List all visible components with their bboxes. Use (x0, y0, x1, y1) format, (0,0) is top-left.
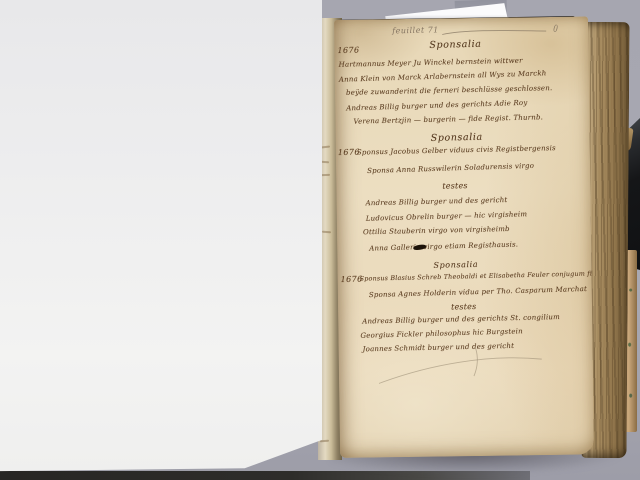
register-line: Anna Klein von Marck Arlabernstein all W… (339, 70, 547, 84)
witness-line: Ottilia Stauberin virgo von virgisheimb (363, 226, 510, 236)
witness-line: Ludovicus Obrelin burger — hic virgishei… (366, 211, 528, 223)
witnesses-label: testes (451, 303, 476, 312)
register-line: beÿde zuwanderint die ferneri beschlüsse… (346, 85, 552, 97)
witness-line: Anna Gallerin virgo etiam Registhausis. (369, 241, 518, 252)
pencil-curve (373, 339, 549, 396)
folio-note: feuillet 71 (392, 26, 439, 35)
entry-year: 1676 (337, 47, 359, 55)
pencil-flourish-line (438, 23, 563, 43)
entry-heading: Sponsalia (433, 261, 478, 270)
left-blank-page (0, 0, 322, 473)
register-line: Hartmannus Meyer Ju Winckel bernstein wi… (339, 58, 523, 69)
entry-heading: Sponsalia (431, 133, 483, 144)
witness-line: Georgius Fickler philosophus hic Burgste… (360, 328, 523, 340)
register-line: Andreas Billig burger und des gerichts A… (346, 100, 527, 113)
register-line: Sponsus Jacobus Gelber viduus civis Regi… (357, 145, 556, 157)
register-line: Sponsa Agnes Holderin vidua per Tho. Cas… (369, 286, 587, 299)
witnesses-label: testes (442, 182, 467, 191)
witness-line: Andreas Billig burger und des gerichts S… (362, 314, 560, 325)
witness-line: Andreas Billig burger und des gericht (365, 197, 507, 207)
register-line: Verena Bertzjin — burgerin — fide Regist… (353, 114, 543, 125)
register-line: Sponsa Anna Russwilerin Soladurensis vir… (367, 163, 534, 175)
manuscript-page: feuillet 71 0 Sponsalia 1676 Hartmannus … (334, 16, 594, 458)
photo-scene: feuillet 71 0 Sponsalia 1676 Hartmannus … (0, 0, 640, 480)
register-line: Sponsus Blasius Schreb Theobaldi et Elis… (360, 270, 595, 282)
